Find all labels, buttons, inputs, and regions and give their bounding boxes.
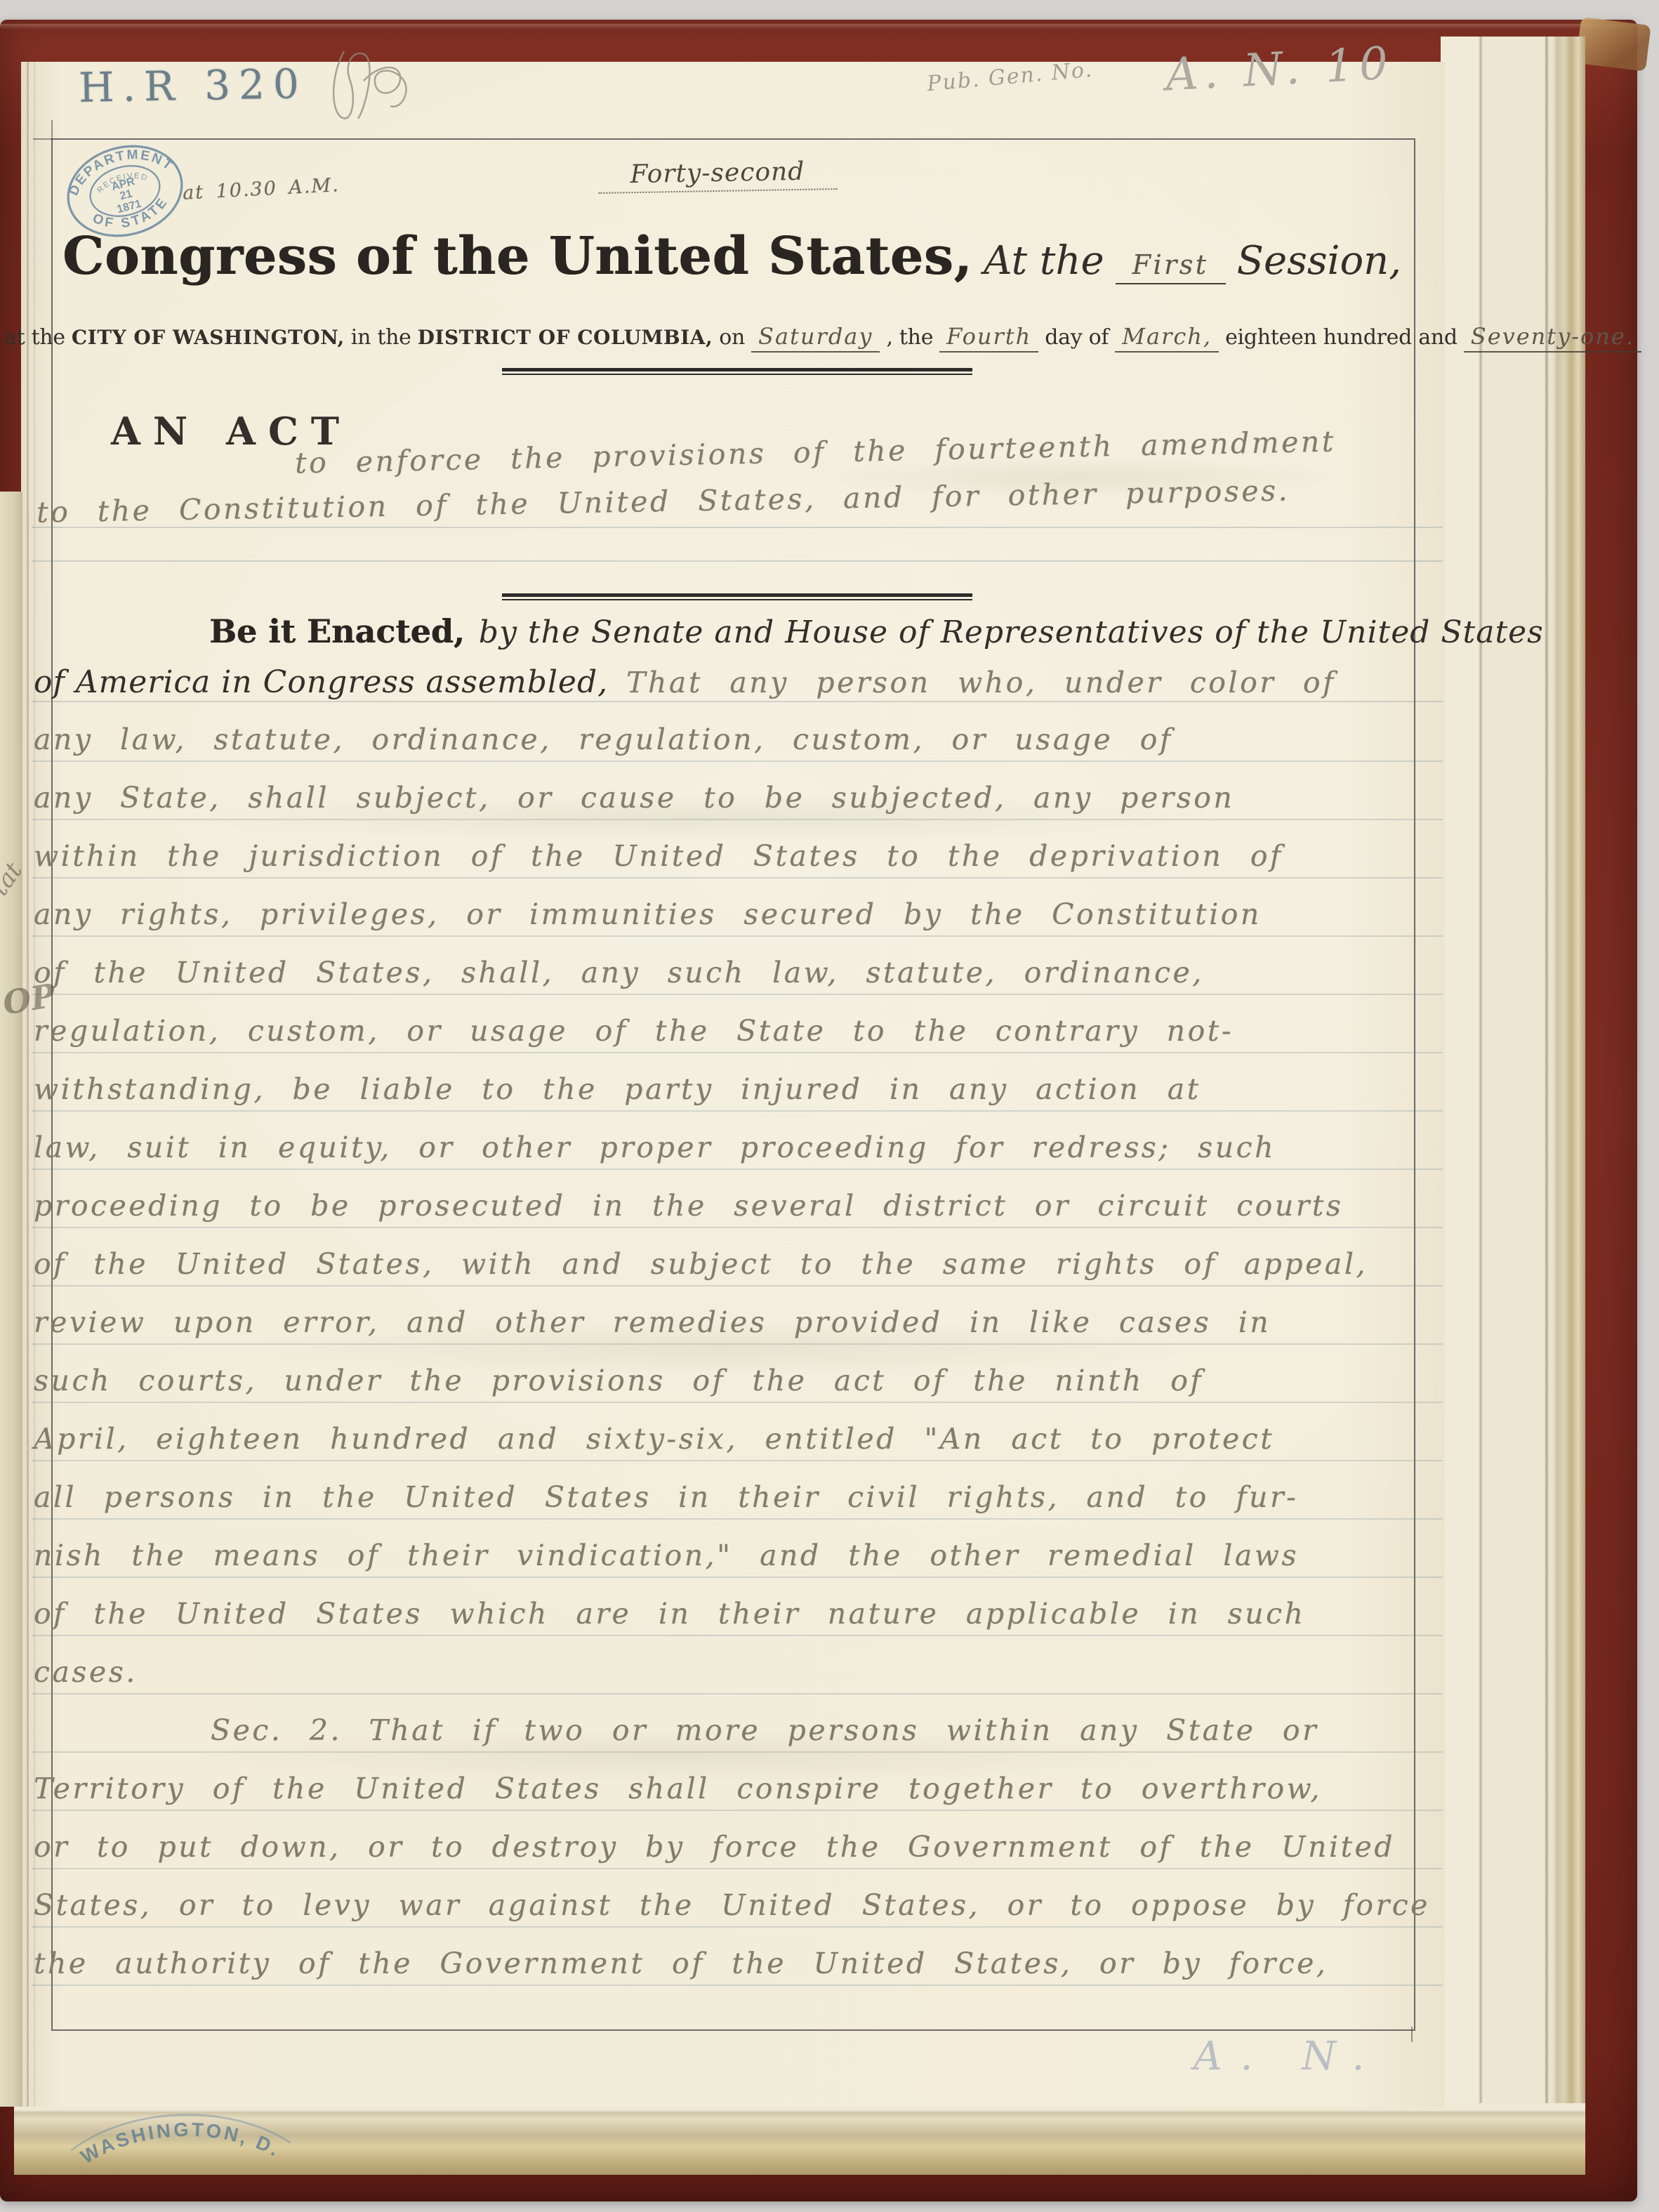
body-line: of the United States, with and subject t…: [34, 1228, 1432, 1286]
body-line: States, or to levy war against the Unite…: [34, 1869, 1432, 1928]
body-line: of the United States, shall, any such la…: [34, 937, 1432, 995]
frame-corner-tick: [1411, 2027, 1413, 2042]
convened-text: in the: [351, 325, 411, 350]
enacting-clause-line-2: of America in Congress assembled, That a…: [34, 664, 1431, 700]
body-line: any State, shall subject, or cause to be…: [34, 762, 1432, 820]
session-number: First: [1116, 249, 1226, 284]
convening-line: Begun and held at the CITY OF WASHINGTON…: [56, 323, 1418, 353]
convened-city: CITY OF WASHINGTON,: [72, 326, 345, 349]
manuscript-body: any law, statute, ordinance, regulation,…: [34, 704, 1432, 1986]
bottom-pencil-initials: A. N.: [1194, 2034, 1382, 2079]
leather-corner-damage: [1575, 17, 1651, 72]
body-line: proceeding to be prosecuted in the sever…: [34, 1170, 1432, 1228]
body-line: all persons in the United States in thei…: [34, 1461, 1432, 1520]
svg-text:WASHINGTON, D.: WASHINGTON, D.: [76, 2115, 285, 2168]
body-line: or to put down, or to destroy by force t…: [34, 1811, 1432, 1869]
congress-title: Congress of the United States,: [62, 226, 972, 287]
convened-day: Fourth: [939, 323, 1038, 353]
washington-partial-stamp: WASHINGTON, D.: [63, 2101, 297, 2173]
convened-text: Begun and held at the: [0, 325, 65, 350]
convened-text: on: [719, 325, 745, 350]
body-line: within the jurisdiction of the United St…: [34, 820, 1432, 878]
guide-line: [32, 560, 1443, 562]
handwritten-text: That any person who, under color of: [626, 666, 1336, 699]
body-line: Territory of the United States shall con…: [34, 1753, 1432, 1811]
body-line: law, suit in equity, or other proper pro…: [34, 1112, 1432, 1170]
enacting-clause-line-1: Be it Enacted, by the Senate and House o…: [51, 612, 1413, 650]
double-rule: [502, 593, 972, 600]
body-line: cases.: [34, 1636, 1432, 1694]
enacting-script: by the Senate and House of Representativ…: [479, 614, 1544, 650]
convened-weekday: Saturday: [751, 323, 880, 353]
enacting-script: of America in Congress assembled,: [34, 664, 608, 700]
page-crease: [27, 62, 29, 2107]
convened-district: DISTRICT OF COLUMBIA,: [418, 326, 713, 349]
previous-page-edge: [0, 492, 22, 2107]
leather-top-ridge: [0, 24, 1637, 29]
double-rule: [502, 368, 972, 375]
body-line: regulation, custom, or usage of the Stat…: [34, 995, 1432, 1053]
body-line: of the United States which are in their …: [34, 1578, 1432, 1636]
be-it-enacted-label: Be it Enacted,: [209, 612, 465, 650]
session-word: Session,: [1237, 238, 1401, 284]
page-stack-right-edge: [1441, 37, 1585, 2171]
archival-document-scan: H.R 320 Pub. Gen. No. A. N. 10 DEPARTMEN…: [0, 0, 1659, 2212]
guide-line: [32, 701, 1443, 702]
body-line: nish the means of their vindication," an…: [34, 1520, 1432, 1578]
convened-text: , the: [886, 325, 933, 350]
convened-year: Seventy-one.: [1464, 323, 1641, 353]
convened-text: day of: [1045, 325, 1109, 350]
at-the-label: At the: [984, 238, 1104, 284]
bill-number-stamp: H.R 320: [78, 60, 308, 112]
congress-ordinal: Forty-second: [598, 157, 838, 194]
body-line: review upon error, and other remedies pr…: [34, 1286, 1432, 1345]
body-line: the authority of the Government of the U…: [34, 1928, 1432, 1986]
body-line: any law, statute, ordinance, regulation,…: [34, 704, 1432, 762]
clerk-monogram-icon: [317, 39, 423, 130]
section-2-opening-line: Sec. 2. That if two or more persons with…: [34, 1694, 1432, 1753]
masthead: Congress of the United States, At the Fi…: [51, 226, 1413, 287]
body-line: April, eighteen hundred and sixty-six, e…: [34, 1403, 1432, 1461]
body-line: withstanding, be liable to the party inj…: [34, 1053, 1432, 1112]
stamp-text-washington: WASHINGTON, D.: [76, 2115, 285, 2168]
guide-line: [32, 527, 1443, 528]
body-line: such courts, under the provisions of the…: [34, 1345, 1432, 1403]
edge-writing-fragment: OP: [0, 976, 58, 1022]
convened-text: eighteen hundred and: [1225, 325, 1458, 350]
convened-month: March,: [1115, 323, 1219, 353]
body-line: any rights, privileges, or immunities se…: [34, 878, 1432, 937]
